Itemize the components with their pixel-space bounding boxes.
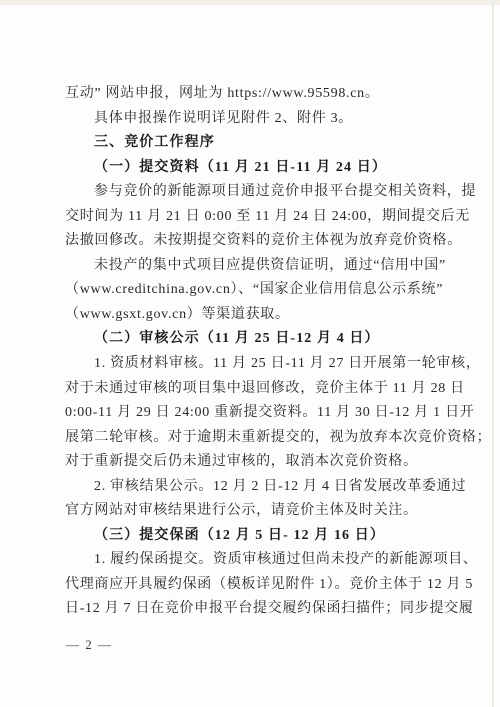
document-line: 具体申报操作说明详见附件 2、附件 3。	[65, 107, 443, 132]
document-line: 对于未通过审核的项目集中退回修改，竞价主体于 11 月 28 日	[65, 377, 443, 402]
scan-right-edge-artifact	[492, 0, 494, 707]
document-line: 1. 资质材料审核。11 月 25 日-11 月 27 日开展第一轮审核，	[65, 352, 443, 377]
document-line: 未投产的集中式项目应提供资信证明，通过“信用中国”	[65, 254, 443, 279]
document-line: （一）提交资料（11 月 21 日-11 月 24 日）	[65, 156, 443, 181]
document-line: 三、竞价工作程序	[65, 131, 443, 156]
document-line: （www.gsxt.gov.cn）等渠道获取。	[65, 303, 443, 328]
document-line: 代理商应开具履约保函（模板详见附件 1）。竞价主体于 12 月 5	[65, 573, 443, 598]
document-page: 互动” 网站申报，网址为 https://www.95598.cn。具体申报操作…	[0, 0, 500, 707]
document-line: 日-12 月 7 日在竞价申报平台提交履约保函扫描件；同步提交履	[65, 597, 443, 622]
document-line: 展第二轮审核。对于逾期未重新提交的，视为放弃本次竞价资格；	[65, 426, 443, 451]
document-line: 1. 履约保函提交。资质审核通过但尚未投产的新能源项目、	[65, 548, 443, 573]
document-line: 对于重新提交后仍未通过审核的，取消本次竞价资格。	[65, 450, 443, 475]
document-line: 官方网站对审核结果进行公示，请竞价主体及时关注。	[65, 499, 443, 524]
document-line: （三）提交保函（12 月 5 日- 12 月 16 日）	[65, 524, 443, 549]
document-line: 交时间为 11 月 21 日 0:00 至 11 月 24 日 24:00，期间…	[65, 205, 443, 230]
document-line: 互动” 网站申报，网址为 https://www.95598.cn。	[65, 82, 443, 107]
document-line: 法撤回修改。未按期提交资料的竞价主体视为放弃竞价资格。	[65, 229, 443, 254]
document-body: 互动” 网站申报，网址为 https://www.95598.cn。具体申报操作…	[65, 82, 443, 622]
page-number: — 2 —	[66, 633, 113, 657]
document-line: 0:00-11 月 29 日 24:00 重新提交资料。11 月 30 日-12…	[65, 401, 443, 426]
scan-top-edge-artifact	[0, 0, 500, 5]
document-line: （二）审核公示（11 月 25 日-12 月 4 日）	[65, 327, 443, 352]
document-line: （www.creditchina.gov.cn）、“国家企业信用信息公示系统”	[65, 278, 443, 303]
document-line: 2. 审核结果公示。12 月 2 日-12 月 4 日省发展改革委通过	[65, 475, 443, 500]
document-line: 参与竞价的新能源项目通过竞价申报平台提交相关资料，提	[65, 180, 443, 205]
